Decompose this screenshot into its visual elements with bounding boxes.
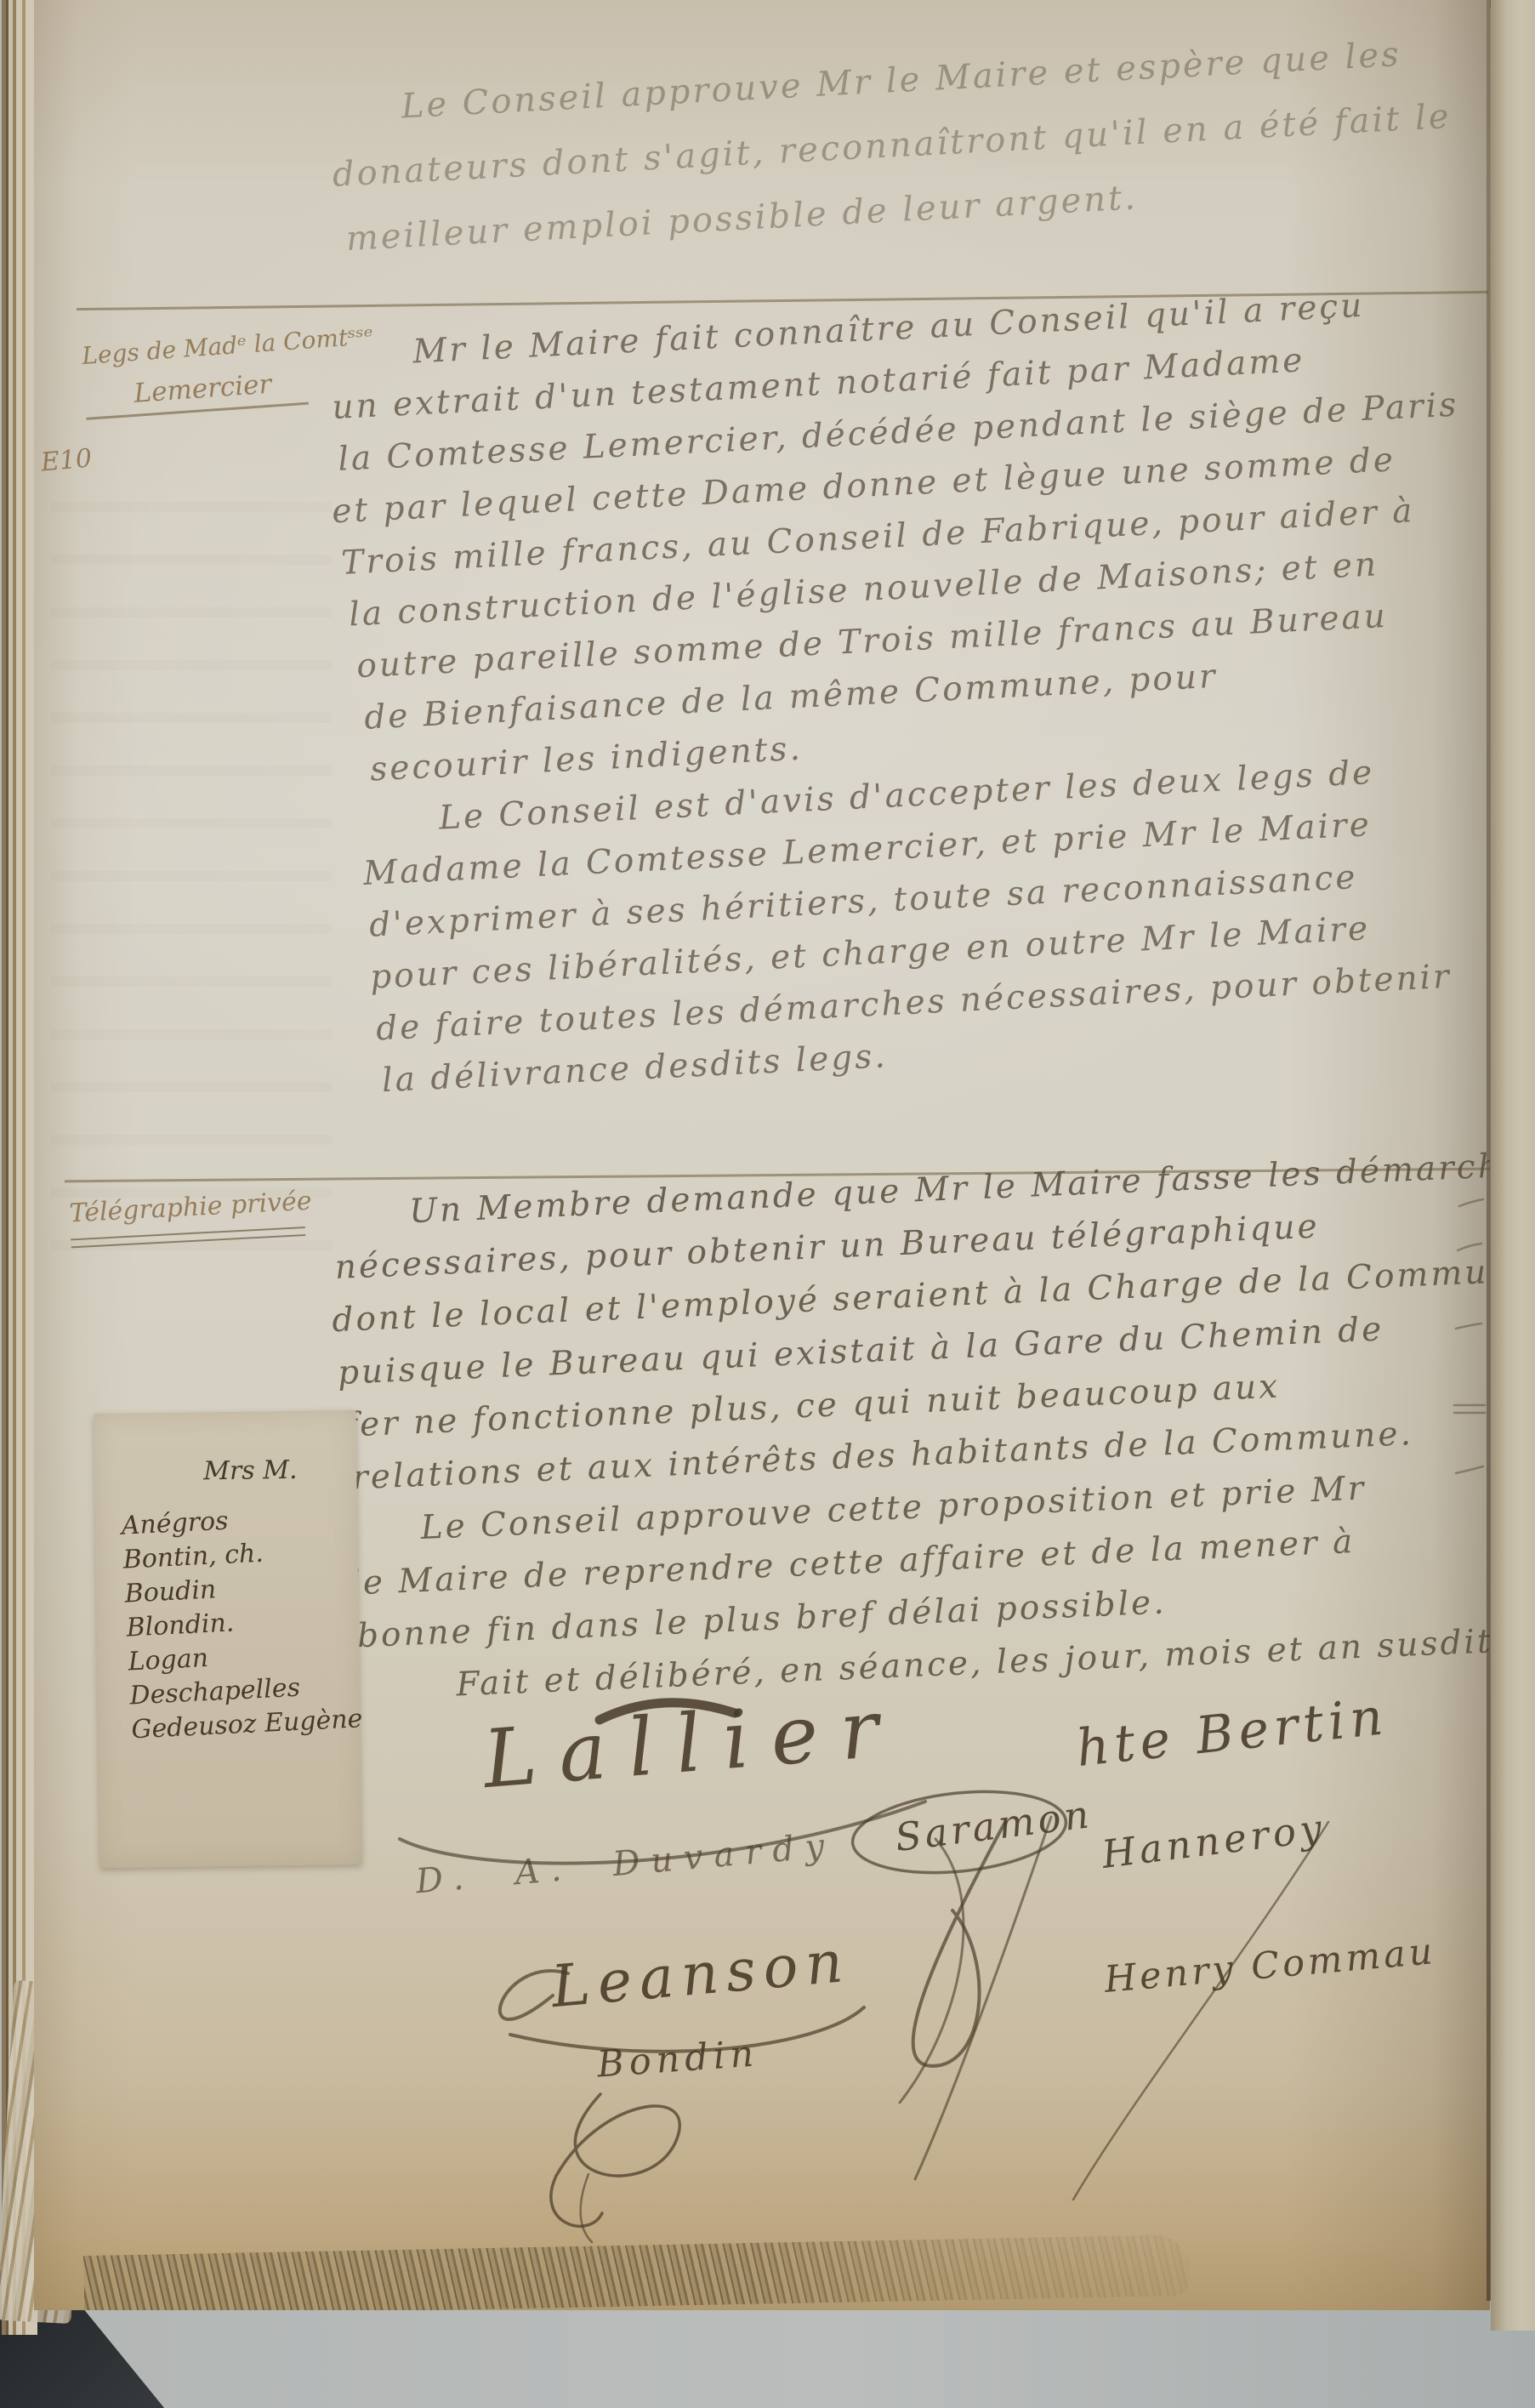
signature-hanneroy: Hanneroy (1100, 1805, 1328, 1877)
paragraph-telegraphie: Un Membre demande que Mr le Maire fasse … (333, 1138, 1490, 1716)
signature-saramon: Saramon (893, 1791, 1094, 1860)
pasted-note-heading: Mrs M. (203, 1454, 356, 1487)
pasted-note-name-list: Anégros Bontin, ch. Boudin Blondin. Loga… (121, 1498, 368, 1747)
adjacent-page-edge (1491, 0, 1535, 2331)
margin-reference: E10 (40, 443, 94, 477)
margin-note-line: Legs de Madᵉ la Comtˢˢᵉ (81, 322, 374, 370)
signature-leanson: Leanson (549, 1928, 853, 2021)
ink-bleed-through (51, 459, 332, 1293)
signature-bertin: hte Bertin (1073, 1687, 1390, 1779)
signature-duvardy: D. A. Duvardy (414, 1826, 837, 1902)
marbled-page-edge (83, 2234, 1190, 2310)
manuscript-page: Le Conseil approuve Mr le Maire et espèr… (34, 0, 1490, 2310)
signature-henry-commau: Henry Commau (1103, 1930, 1438, 2001)
pasted-note: Mrs M. Anégros Bontin, ch. Boudin Blondi… (94, 1410, 361, 1868)
signature-bondin: Bondin (595, 2032, 759, 2086)
manuscript-photo: Le Conseil approuve Mr le Maire et espèr… (0, 0, 1535, 2408)
paragraph-approbation: Le Conseil approuve Mr le Maire et espèr… (327, 20, 1456, 272)
margin-note-underline (86, 402, 309, 420)
paragraph-legs-lemercier: Mr le Maire fait connaître au Conseil qu… (333, 276, 1490, 1107)
